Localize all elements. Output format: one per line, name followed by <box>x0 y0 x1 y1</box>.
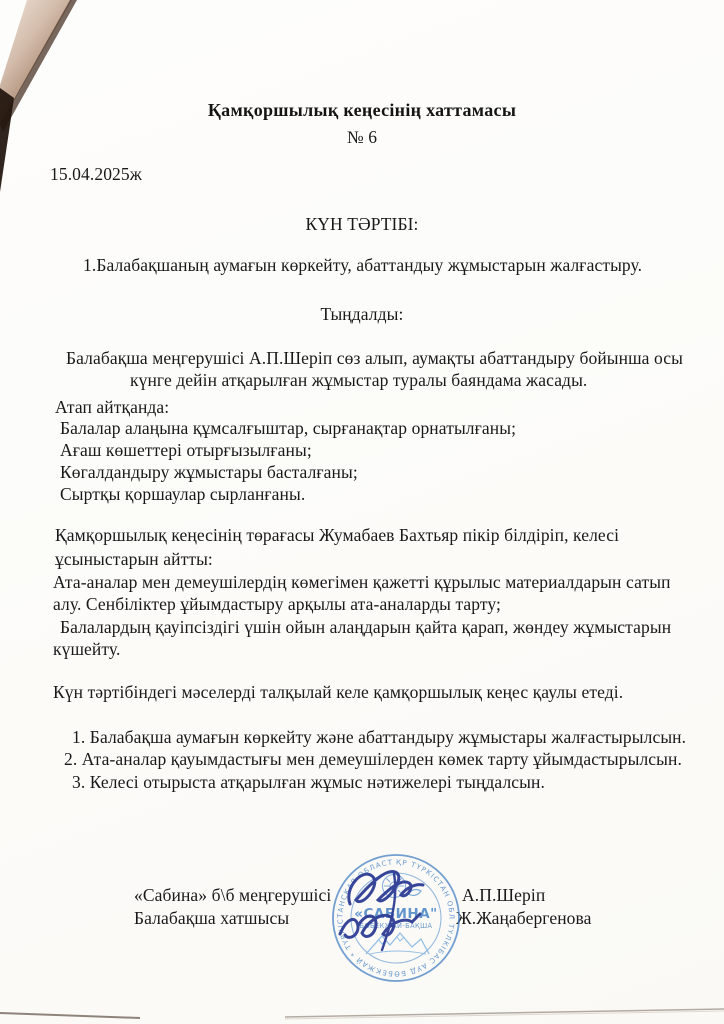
proposal-line: күшейту. <box>53 638 120 660</box>
chairman-line: ұсыныстарын айтты: <box>55 548 213 570</box>
paper-edge-left <box>0 1013 140 1018</box>
decision-item: 3. Келесі отырыста атқарылған жұмыс нәти… <box>72 771 545 793</box>
proposal-line: Балалардың қауіпсіздігі үшін ойын алаңда… <box>60 616 671 638</box>
signature-role: Балабақша хатшысы <box>134 907 289 929</box>
proposal-line: алу. Сенбіліктер ұйымдастыру арқылы ата-… <box>53 593 501 615</box>
work-item: Сыртқы қоршаулар сырланғаны. <box>60 483 305 505</box>
report-line: Балабақша меңгерушісі А.П.Шеріп сөз алып… <box>66 347 683 369</box>
document-date: 15.04.2025ж <box>50 163 142 185</box>
work-item: Көгалдандыру жұмыстары басталғаны; <box>60 461 358 483</box>
document-page: Қамқоршылық кеңесінің хаттамасы № 6 15.0… <box>0 0 724 1024</box>
signature-name: А.П.Шеріп <box>462 884 545 906</box>
namely-heading: Атап айтқанда: <box>55 396 169 418</box>
agenda-item: 1.Балабақшаның аумағын көркейту, абаттан… <box>83 254 642 276</box>
agenda-heading: КҮН ТӘРТІБІ: <box>0 213 724 235</box>
decision-item: 2. Ата-аналар қауымдастығы мен демеушіле… <box>64 748 682 770</box>
signature-role: «Сабина» б\б меңгерушісі <box>134 884 331 906</box>
signature-name: Ж.Жаңабергенова <box>456 907 592 929</box>
resolution-line: Күн тәртібіндегі мәселерді талқылай келе… <box>53 681 623 703</box>
work-item: Балалар алаңына құмсалғыштар, сырғанақта… <box>60 417 516 439</box>
proposal-line: Ата-аналар мен демеушілердің көмегімен қ… <box>53 571 671 593</box>
paper-edge-right <box>285 1009 724 1017</box>
document-number: № 6 <box>0 126 724 148</box>
paper-bottom-edge <box>0 1004 724 1024</box>
chairman-line: Қамқоршылық кеңесінің төрағасы Жумабаев … <box>55 524 619 546</box>
report-line: күнге дейін атқарылған жұмыстар туралы б… <box>130 369 587 391</box>
document-title: Қамқоршылық кеңесінің хаттамасы <box>0 99 724 121</box>
work-item: Ағаш көшеттері отырғызылғаны; <box>60 439 312 461</box>
paper-edge-right-highlight <box>285 1011 724 1019</box>
heard-heading: Тыңдалды: <box>0 303 724 325</box>
handwritten-signature <box>332 856 462 966</box>
decision-item: 1. Балабақша аумағын көркейту және абатт… <box>72 726 686 748</box>
